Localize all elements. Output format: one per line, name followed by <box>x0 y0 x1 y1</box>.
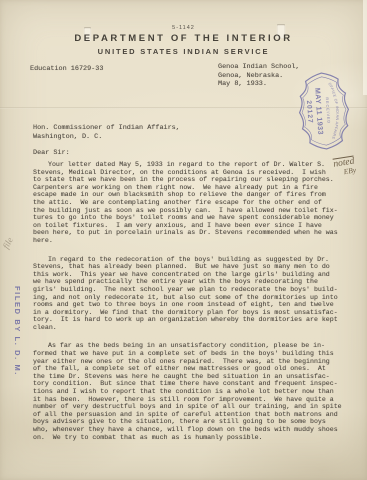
typed-line: on. We try to combat that as much as is … <box>33 434 347 442</box>
typed-line: here. <box>33 237 347 245</box>
recipient-address-block: Hon. Commissioner of Indian Affairs,Wash… <box>33 124 180 141</box>
letterhead-department: DEPARTMENT OF THE INTERIOR <box>0 33 367 44</box>
typed-line: girls' building. The next school year we… <box>33 286 347 294</box>
received-stamp-badge: OFFICE OF INDIAN AFFAIRS RECEIVED MAY 11… <box>292 65 356 157</box>
filed-stamp: FILED BY L. D. M. <box>13 286 22 398</box>
form-number: 5-1142 <box>0 25 367 31</box>
typed-line: boys advisers give to the situation, the… <box>33 418 347 426</box>
typed-line: ing, and not only redecorate it, but als… <box>33 294 347 302</box>
typed-line: Stevens, that has already been planned. … <box>33 263 347 271</box>
typed-line: Hon. Commissioner of Indian Affairs, <box>33 124 180 133</box>
typed-line: the attic. We are contemplating another … <box>33 199 347 207</box>
letterhead-service: UNITED STATES INDIAN SERVICE <box>0 47 367 56</box>
stamp-number: 20127 <box>305 100 314 124</box>
paragraph-2: In regard to the redecoration of the boy… <box>33 256 347 332</box>
salutation: Dear Sir: <box>33 149 70 157</box>
paragraph-3: As far as the beds being in an unsatisfa… <box>33 342 347 441</box>
noted-initials: EBy <box>343 165 357 176</box>
typed-line: escape made in our own blacksmith shop t… <box>33 191 347 199</box>
typed-line: Washington, D. C. <box>33 133 180 142</box>
typed-line: Your letter dated May 5, 1933 in regard … <box>33 161 347 169</box>
typed-line: tures to go into the boys' toilet rooms … <box>33 214 347 222</box>
typed-line: of the fall, a complete set of either ne… <box>33 365 347 373</box>
typed-line: to state that we have been in the proces… <box>33 176 347 184</box>
received-stamp: OFFICE OF INDIAN AFFAIRS RECEIVED MAY 11… <box>288 68 360 156</box>
letter-page: 5-1142 DEPARTMENT OF THE INTERIOR UNITED… <box>0 0 367 480</box>
pencil-scribble: file <box>1 236 15 251</box>
file-reference: Education 16729-33 <box>30 65 103 73</box>
typed-line: tory condition. But since that time ther… <box>33 380 347 388</box>
noted-annotation: noted EBy <box>333 156 357 177</box>
typed-line: In regard to the redecoration of the boy… <box>33 256 347 264</box>
typed-line: formed that we have put in a complete se… <box>33 350 347 358</box>
stamp-date: MAY 11 1933 <box>313 88 325 136</box>
typed-line: As far as the beds being in an unsatisfa… <box>33 342 347 350</box>
typed-line: we have spend practically the entire yea… <box>33 278 347 286</box>
typed-line: tions and I wish to report that the cond… <box>33 388 347 396</box>
letter-body: Your letter dated May 5, 1933 in regard … <box>33 161 347 452</box>
paragraph-1: Your letter dated May 5, 1933 in regard … <box>33 161 347 245</box>
typed-line: tory. It is hard to work up an organizat… <box>33 316 347 324</box>
typed-line: clean. <box>33 324 347 332</box>
typed-line: who, whenever they have a chance, will f… <box>33 426 347 434</box>
stamp-received-label: RECEIVED <box>325 97 331 124</box>
typed-line: number of very destructful boys and in s… <box>33 403 347 411</box>
typed-line: rooms and get two to three boys in one r… <box>33 301 347 309</box>
typed-line: been here, to put in porcelain urinals a… <box>33 229 347 237</box>
